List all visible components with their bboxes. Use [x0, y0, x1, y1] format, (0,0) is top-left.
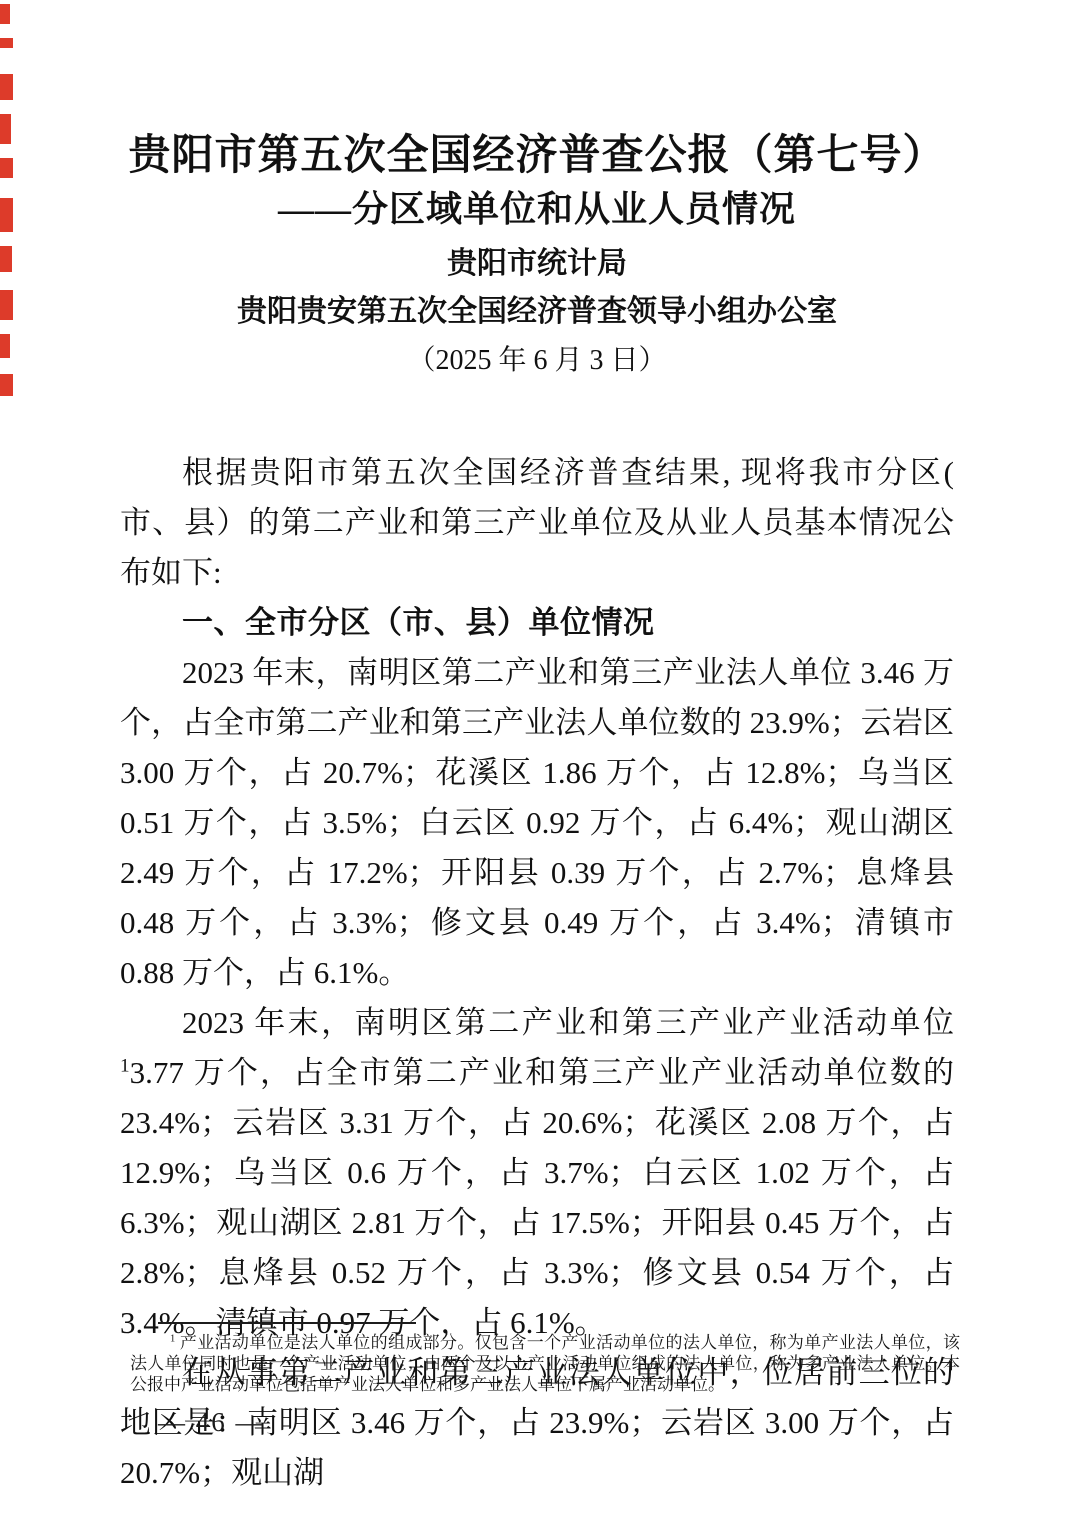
footnote-reference-mark: 1 [120, 1056, 130, 1077]
red-mark [0, 114, 11, 144]
document-page: 贵阳市第五次全国经济普查公报（第七号） ——分区域单位和从业人员情况 贵阳市统计… [0, 0, 1074, 1520]
intro-paragraph: 根据贵阳市第五次全国经济普查结果, 现将我市分区( 市、县）的第二产业和第三产业… [120, 448, 954, 598]
footnote-body: 产业活动单位是法人单位的组成部分。仅包含一个产业活动单位的法人单位，称为单产业法… [130, 1333, 960, 1394]
activity-units-paragraph: 2023 年末，南明区第二产业和第三产业产业活动单位13.77 万个，占全市第二… [120, 998, 954, 1348]
activity-units-text-post: 3.77 万个，占全市第二产业和第三产业产业活动单位数的 23.4%；云岩区 3… [120, 1055, 954, 1340]
red-mark [0, 246, 12, 272]
red-mark [0, 290, 13, 320]
publish-date: （2025 年 6 月 3 日） [0, 342, 1074, 380]
issuing-org-census-office: 贵阳贵安第五次全国经济普查领导小组办公室 [0, 292, 1074, 332]
red-edge-marks [0, 4, 14, 410]
red-mark [0, 38, 13, 48]
page-number: — 46 — [158, 1407, 974, 1438]
legal-units-paragraph: 2023 年末，南明区第二产业和第三产业法人单位 3.46 万个，占全市第二产业… [120, 648, 954, 998]
document-subtitle: ——分区域单位和从业人员情况 [0, 186, 1074, 232]
title-block: 贵阳市第五次全国经济普查公报（第七号） ——分区域单位和从业人员情况 贵阳市统计… [0, 0, 1074, 380]
red-mark [0, 374, 13, 396]
footnote-divider-line [158, 1322, 416, 1324]
red-mark [0, 158, 13, 178]
red-mark [0, 198, 13, 232]
issuing-org-statistics-bureau: 贵阳市统计局 [0, 244, 1074, 284]
page-footer: 1 产业活动单位是法人单位的组成部分。仅包含一个产业活动单位的法人单位，称为单产… [130, 1322, 974, 1438]
red-mark [0, 4, 10, 24]
red-mark [0, 334, 10, 358]
red-mark [0, 74, 13, 100]
section-1-heading: 一、全市分区（市、县）单位情况 [120, 598, 954, 648]
document-title: 贵阳市第五次全国经济普查公报（第七号） [0, 132, 1074, 180]
activity-units-text-pre: 2023 年末，南明区第二产业和第三产业产业活动单位 [182, 1005, 954, 1040]
footnote-text: 1 产业活动单位是法人单位的组成部分。仅包含一个产业活动单位的法人单位，称为单产… [130, 1332, 960, 1395]
